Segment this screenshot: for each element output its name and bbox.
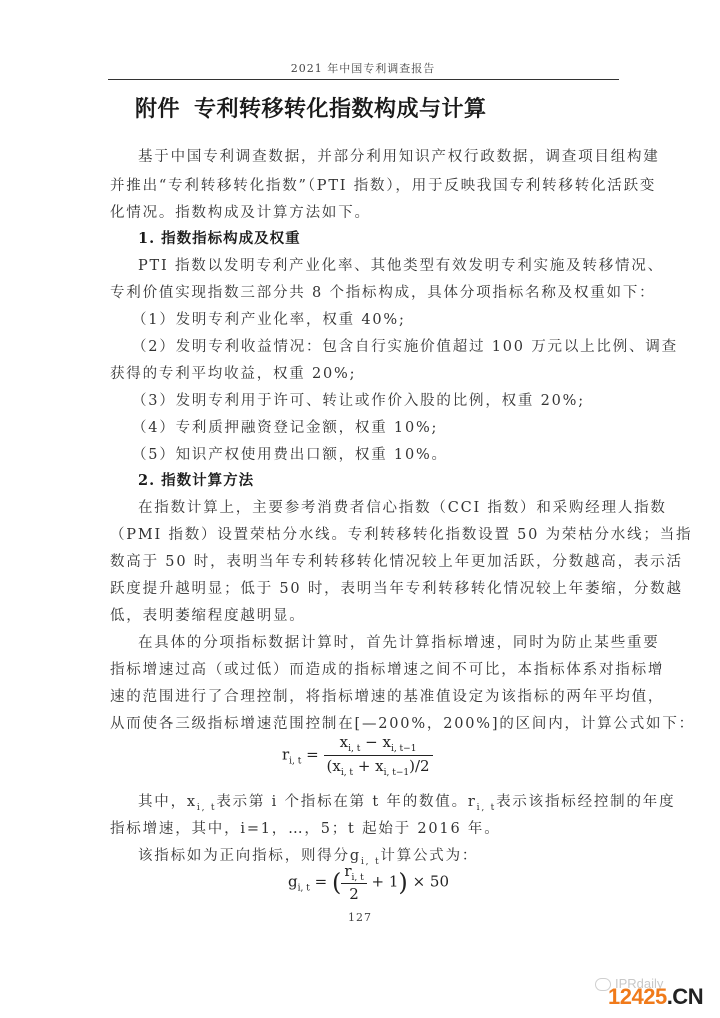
section2-para3-line-2: 指标增速，其中，i=1，…，5；t 起始于 2016 年。 xyxy=(110,819,616,839)
site-watermark: 12425.CN xyxy=(608,984,703,1010)
fraction: xi, t − xi, t−1 (xi, t + xi, t−1)/2 xyxy=(324,733,433,778)
section2-para1-line-2: （PMI 指数）设置荣枯分水线。专利转移转化指数设置 50 为荣枯分水线；当指 xyxy=(110,525,616,545)
section1-line-1: PTI 指数以发明专利产业化率、其他类型有效发明专利实施及转移情况、 xyxy=(138,256,616,276)
section2-para2-line-4: 从而使各三级指标增速范围控制在[—200%，200%]的区间内，计算公式如下： xyxy=(110,714,616,734)
section2-para2-line-1: 在具体的分项指标数据计算时，首先计算指标增速，同时为防止某些重要 xyxy=(138,633,616,653)
list-item-2-line-1: （2）发明专利收益情况：包含自行实施价值超过 100 万元以上比例、调查 xyxy=(132,337,616,357)
section2-para2-line-3: 速的范围进行了合理控制，将指标增速的基准值设定为该指标的两年平均值， xyxy=(110,687,616,707)
section2-para1-line-3: 数高于 50 时，表明当年专利转移转化情况较上年更加活跃，分数越高，表示活 xyxy=(110,552,616,572)
title-prefix: 附件 xyxy=(135,96,180,122)
list-item-3: （3）发明专利用于许可、转让或作价入股的比例，权重 20%; xyxy=(132,391,638,411)
section2-para3-line-1: 其中，xi, t表示第 i 个指标在第 t 年的数值。ri, t表示该指标经控制… xyxy=(138,792,616,818)
intro-line-1: 基于中国专利调查数据，并部分利用知识产权行政数据，调查项目组构建 xyxy=(138,147,616,167)
list-item-5: （5）知识产权使用费出口额，权重 10%。 xyxy=(132,445,638,465)
document-page: 2021 年中国专利调查报告 附件专利转移转化指数构成与计算 基于中国专利调查数… xyxy=(0,0,720,1018)
section2-para2-line-2: 指标增速过高（或过低）而造成的指标增速之间不可比，本指标体系对指标增 xyxy=(110,660,616,680)
list-item-4: （4）专利质押融资登记金额，权重 10%; xyxy=(132,418,638,438)
title-main: 专利转移转化指数构成与计算 xyxy=(194,96,487,122)
section1-heading: 1. 指数指标构成及权重 xyxy=(138,229,616,249)
formula-score: gi, t = ( ri, t 2 + 1) × 50 xyxy=(288,862,449,903)
page-number: 127 xyxy=(0,911,720,924)
section2-heading: 2. 指数计算方法 xyxy=(138,471,616,491)
section2-para1-line-5: 低，表明萎缩程度越明显。 xyxy=(110,606,616,626)
section2-para1-line-4: 跃度提升越明显；低于 50 时，表明当年专利转移转化情况较上年萎缩，分数越 xyxy=(110,579,616,599)
section1-line-2: 专利价值实现指数三部分共 8 个指标构成，具体分项指标名称及权重如下： xyxy=(110,283,616,303)
running-header: 2021 年中国专利调查报告 xyxy=(108,60,618,76)
list-item-1: （1）发明专利产业化率，权重 40%; xyxy=(132,310,638,330)
section2-para1-line-1: 在指数计算上，主要参考消费者信心指数（CCI 指数）和采购经理人指数 xyxy=(138,498,616,518)
fraction: ri, t 2 xyxy=(341,862,366,903)
header-rule xyxy=(108,79,619,80)
list-item-2-line-2: 获得的专利平均收益，权重 20%; xyxy=(110,364,616,384)
intro-line-3: 化情况。指数构成及计算方法如下。 xyxy=(110,203,616,223)
intro-line-2: 并推出“专利转移转化指数”（PTI 指数），用于反映我国专利转移转化活跃变 xyxy=(110,176,616,196)
page-title: 附件专利转移转化指数构成与计算 xyxy=(135,92,487,123)
formula-growth-rate: ri, t = xi, t − xi, t−1 (xi, t + xi, t−1… xyxy=(282,733,433,778)
